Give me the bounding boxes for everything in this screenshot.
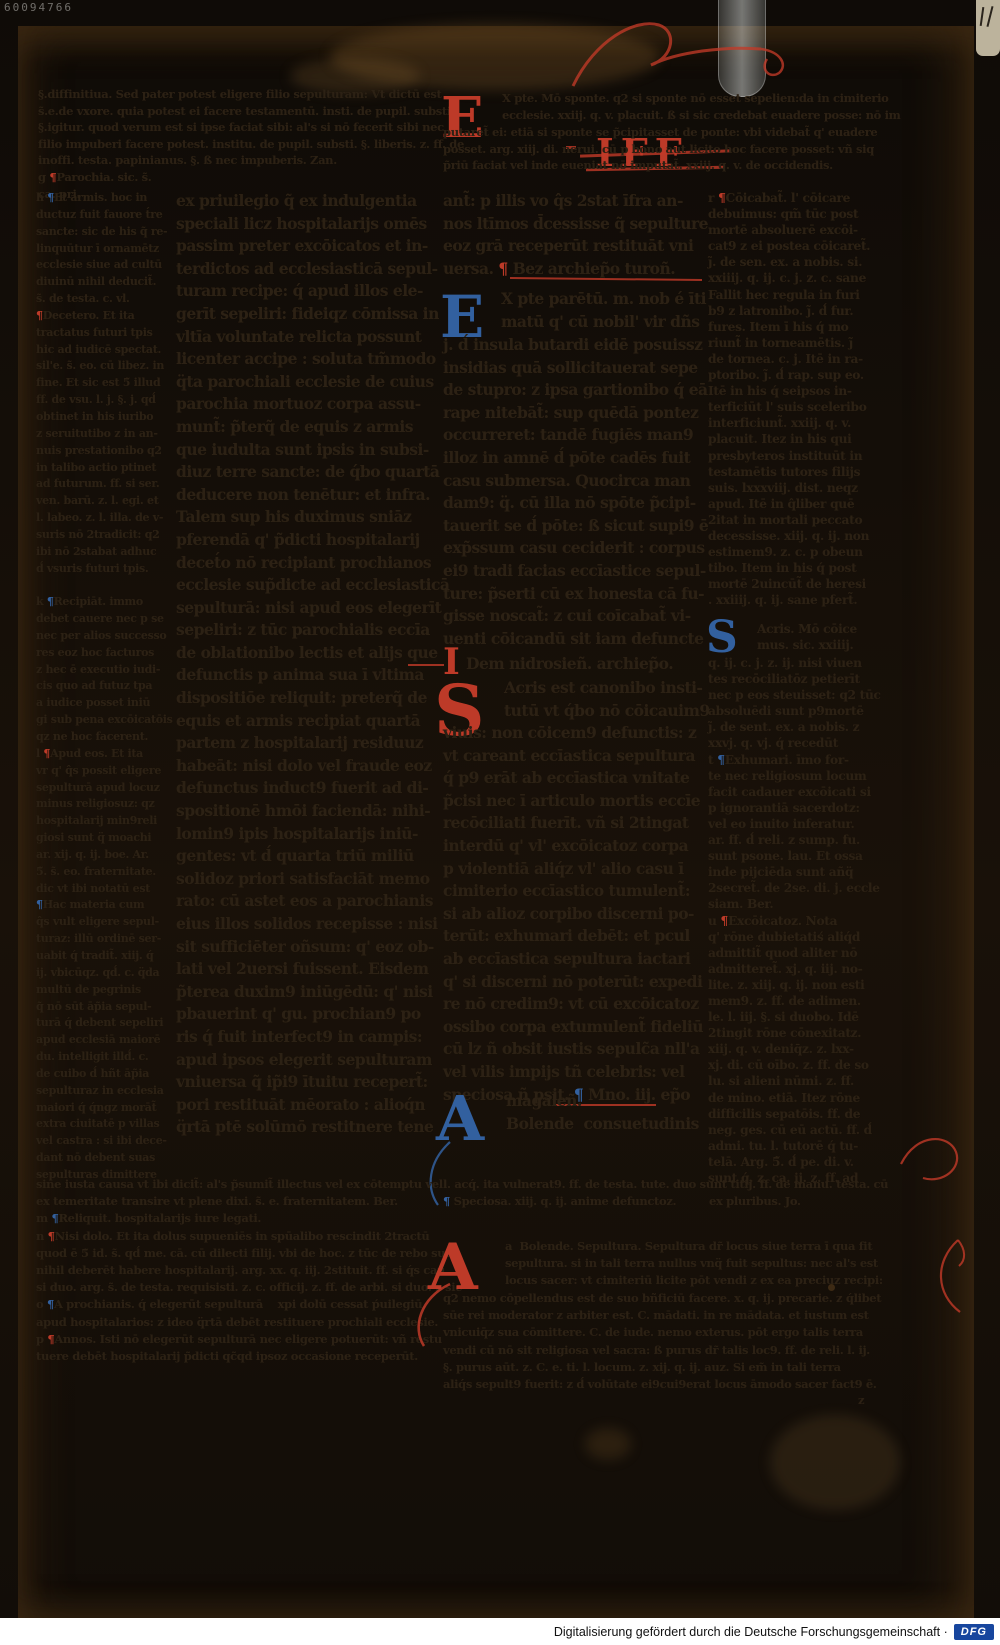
footer-credit-text: Digitalisierung gefördert durch die Deut… (554, 1625, 948, 1639)
right-margin-gloss-1: r ¶Cōicabat̃. l' cōicare debuimus: qm̃ t… (708, 190, 904, 608)
bottom-right-a-indent: a Bolende. Sepultura. Sepultura dr̃ locu… (505, 1238, 915, 1290)
top-right-commentary-indent: X pte. Mō sponte. q2 si sponte nō esset … (502, 90, 906, 123)
bottom-right-full: q2 nemo cōpellendus est de suo bñficiū f… (443, 1290, 911, 1393)
right-margin-gloss-2: q. ij. c. j. z. ij. nisi viuen tes recōc… (708, 655, 904, 1186)
bottom-left-commentary: sine iusta causa vt ibi dicit̃: al's p̃s… (36, 1176, 444, 1365)
center-column-block2: j. d́ insula butardi eidē posuissz insid… (443, 334, 709, 650)
center-column-block1: ant̃: p illis vo q̂s 2stat īfra an- nos … (443, 190, 709, 280)
center-column-s-indent: Acris est canonibo insti- tutū vt q́bo n… (504, 677, 710, 722)
main-left-column: ex priuilegio q̃ ex indulgentia speciali… (176, 190, 440, 1139)
scanner-id-number: 60094766 (4, 1, 73, 14)
initial-S-margin: S (706, 616, 738, 660)
red-marginal-squiggle-1 (893, 1122, 971, 1194)
stain-bottom-right (770, 1415, 900, 1510)
page-corner-patch (976, 0, 1000, 56)
center-column-e-indent: X pte parētū. m. nob é īti matū q' cū no… (501, 288, 711, 333)
dfg-logo: DFG (954, 1624, 994, 1640)
bottom-right-lead: l. acq́. ita vulnerat9. ff. de testa. tu… (443, 1176, 907, 1210)
stain-bottom-center (585, 1428, 631, 1460)
left-margin-gloss: h ¶Et armis. hoc in ductuz fuit fauore t… (36, 190, 174, 1184)
top-left-commentary: §.diffinitiua. Sed pater potest eligere … (38, 86, 442, 202)
scanned-page-viewport: 60094766 IFF §.diffinitiua. Sed pater po… (0, 0, 1000, 1645)
center-column-idem-line: Dem nidrosieñ. archiep̃o. (466, 653, 706, 676)
right-margin-gloss-s-indent: Acris. Mō cōice mus. sic. xxiiij. (757, 621, 905, 653)
center-column-block3: viuis: non cōicem9 defunctis: z vt carea… (443, 722, 709, 1106)
center-column-a-indent: magaleñ. Bolende consuetudinis (506, 1090, 726, 1135)
red-marginal-squiggle-2 (926, 1236, 974, 1320)
top-right-commentary: putaret̃ ei: etiā si sponte se p̃cipitas… (443, 124, 907, 174)
digitization-footer: Digitalisierung gefördert durch die Deut… (0, 1618, 1000, 1645)
catchword: z (858, 1392, 864, 1409)
initial-I-flourish (408, 664, 444, 666)
